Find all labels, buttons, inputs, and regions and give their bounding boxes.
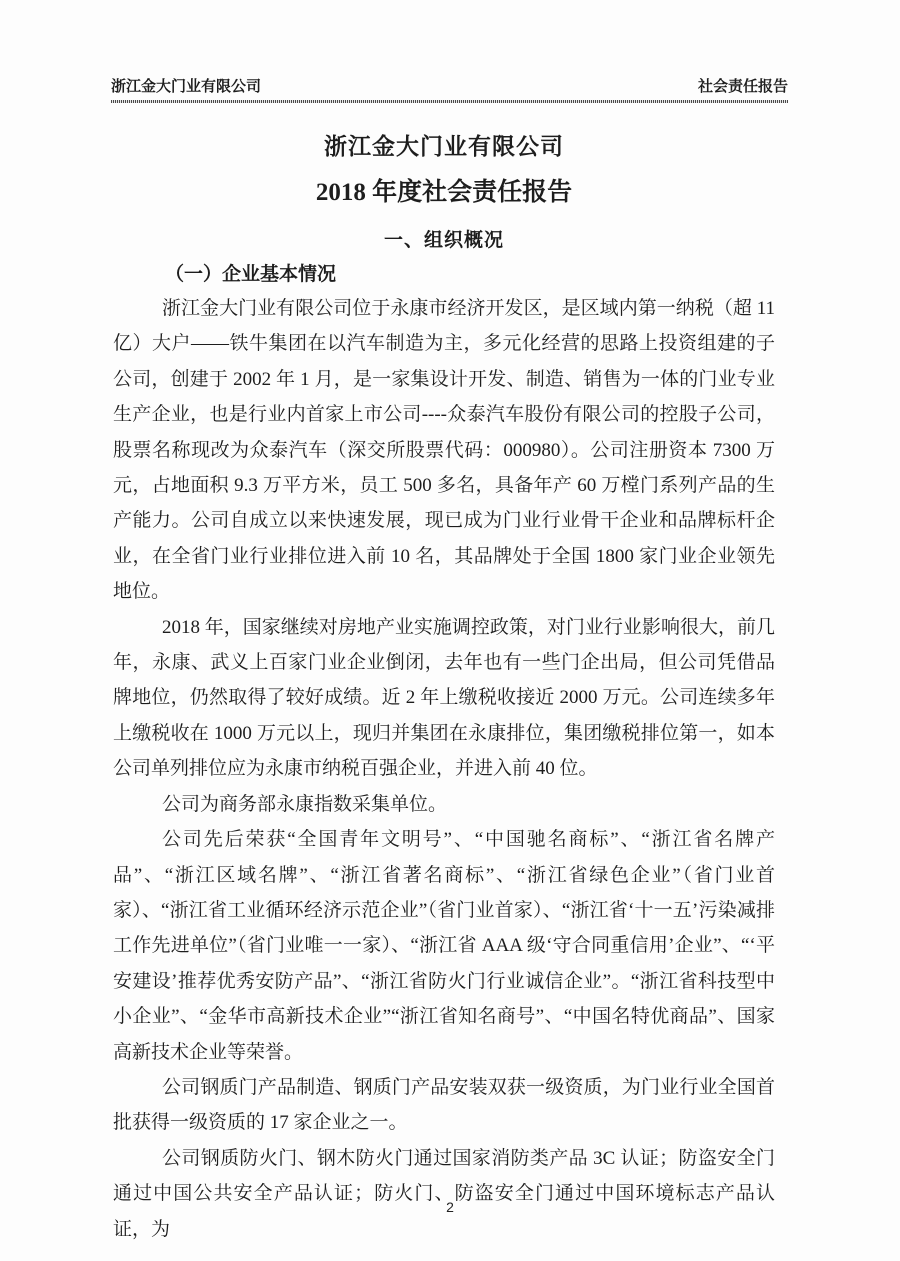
page-number: 2: [446, 1199, 454, 1215]
paragraph-certifications: 公司钢质防火门、钢木防火门通过国家消防类产品 3C 认证；防盗安全门通过中国公共…: [113, 1141, 775, 1247]
header-company-name: 浙江金大门业有限公司: [111, 79, 261, 96]
subsection-heading-basic-situation: （一）企业基本情况: [113, 263, 775, 286]
page-footer: 2: [0, 1199, 900, 1217]
document-body: 浙江金大门业有限公司 2018 年度社会责任报告 一、组织概况 （一）企业基本情…: [113, 133, 775, 1247]
running-header: 浙江金大门业有限公司 社会责任报告: [111, 0, 788, 96]
header-report-name: 社会责任报告: [698, 79, 788, 96]
document-subtitle: 2018 年度社会责任报告: [113, 178, 775, 208]
document-title: 浙江金大门业有限公司: [113, 133, 775, 160]
paragraph-company-intro: 浙江金大门业有限公司位于永康市经济开发区，是区域内第一纳税（超 11 亿）大户—…: [113, 291, 775, 610]
header-divider-rule: [111, 100, 788, 103]
paragraph-2018-performance: 2018 年，国家继续对房地产业实施调控政策，对门业行业影响很大，前几年，永康、…: [113, 610, 775, 787]
paragraph-qualifications: 公司钢质门产品制造、钢质门产品安装双获一级资质，为门业行业全国首批获得一级资质的…: [113, 1070, 775, 1141]
document-page: 浙江金大门业有限公司 社会责任报告 浙江金大门业有限公司 2018 年度社会责任…: [0, 0, 900, 1261]
section-heading-organization-overview: 一、组织概况: [113, 230, 775, 252]
paragraph-honors: 公司先后荣获“全国青年文明号”、“中国驰名商标”、“浙江省名牌产品”、“浙江区域…: [113, 822, 775, 1070]
paragraph-yongkang-index: 公司为商务部永康指数采集单位。: [113, 787, 775, 822]
